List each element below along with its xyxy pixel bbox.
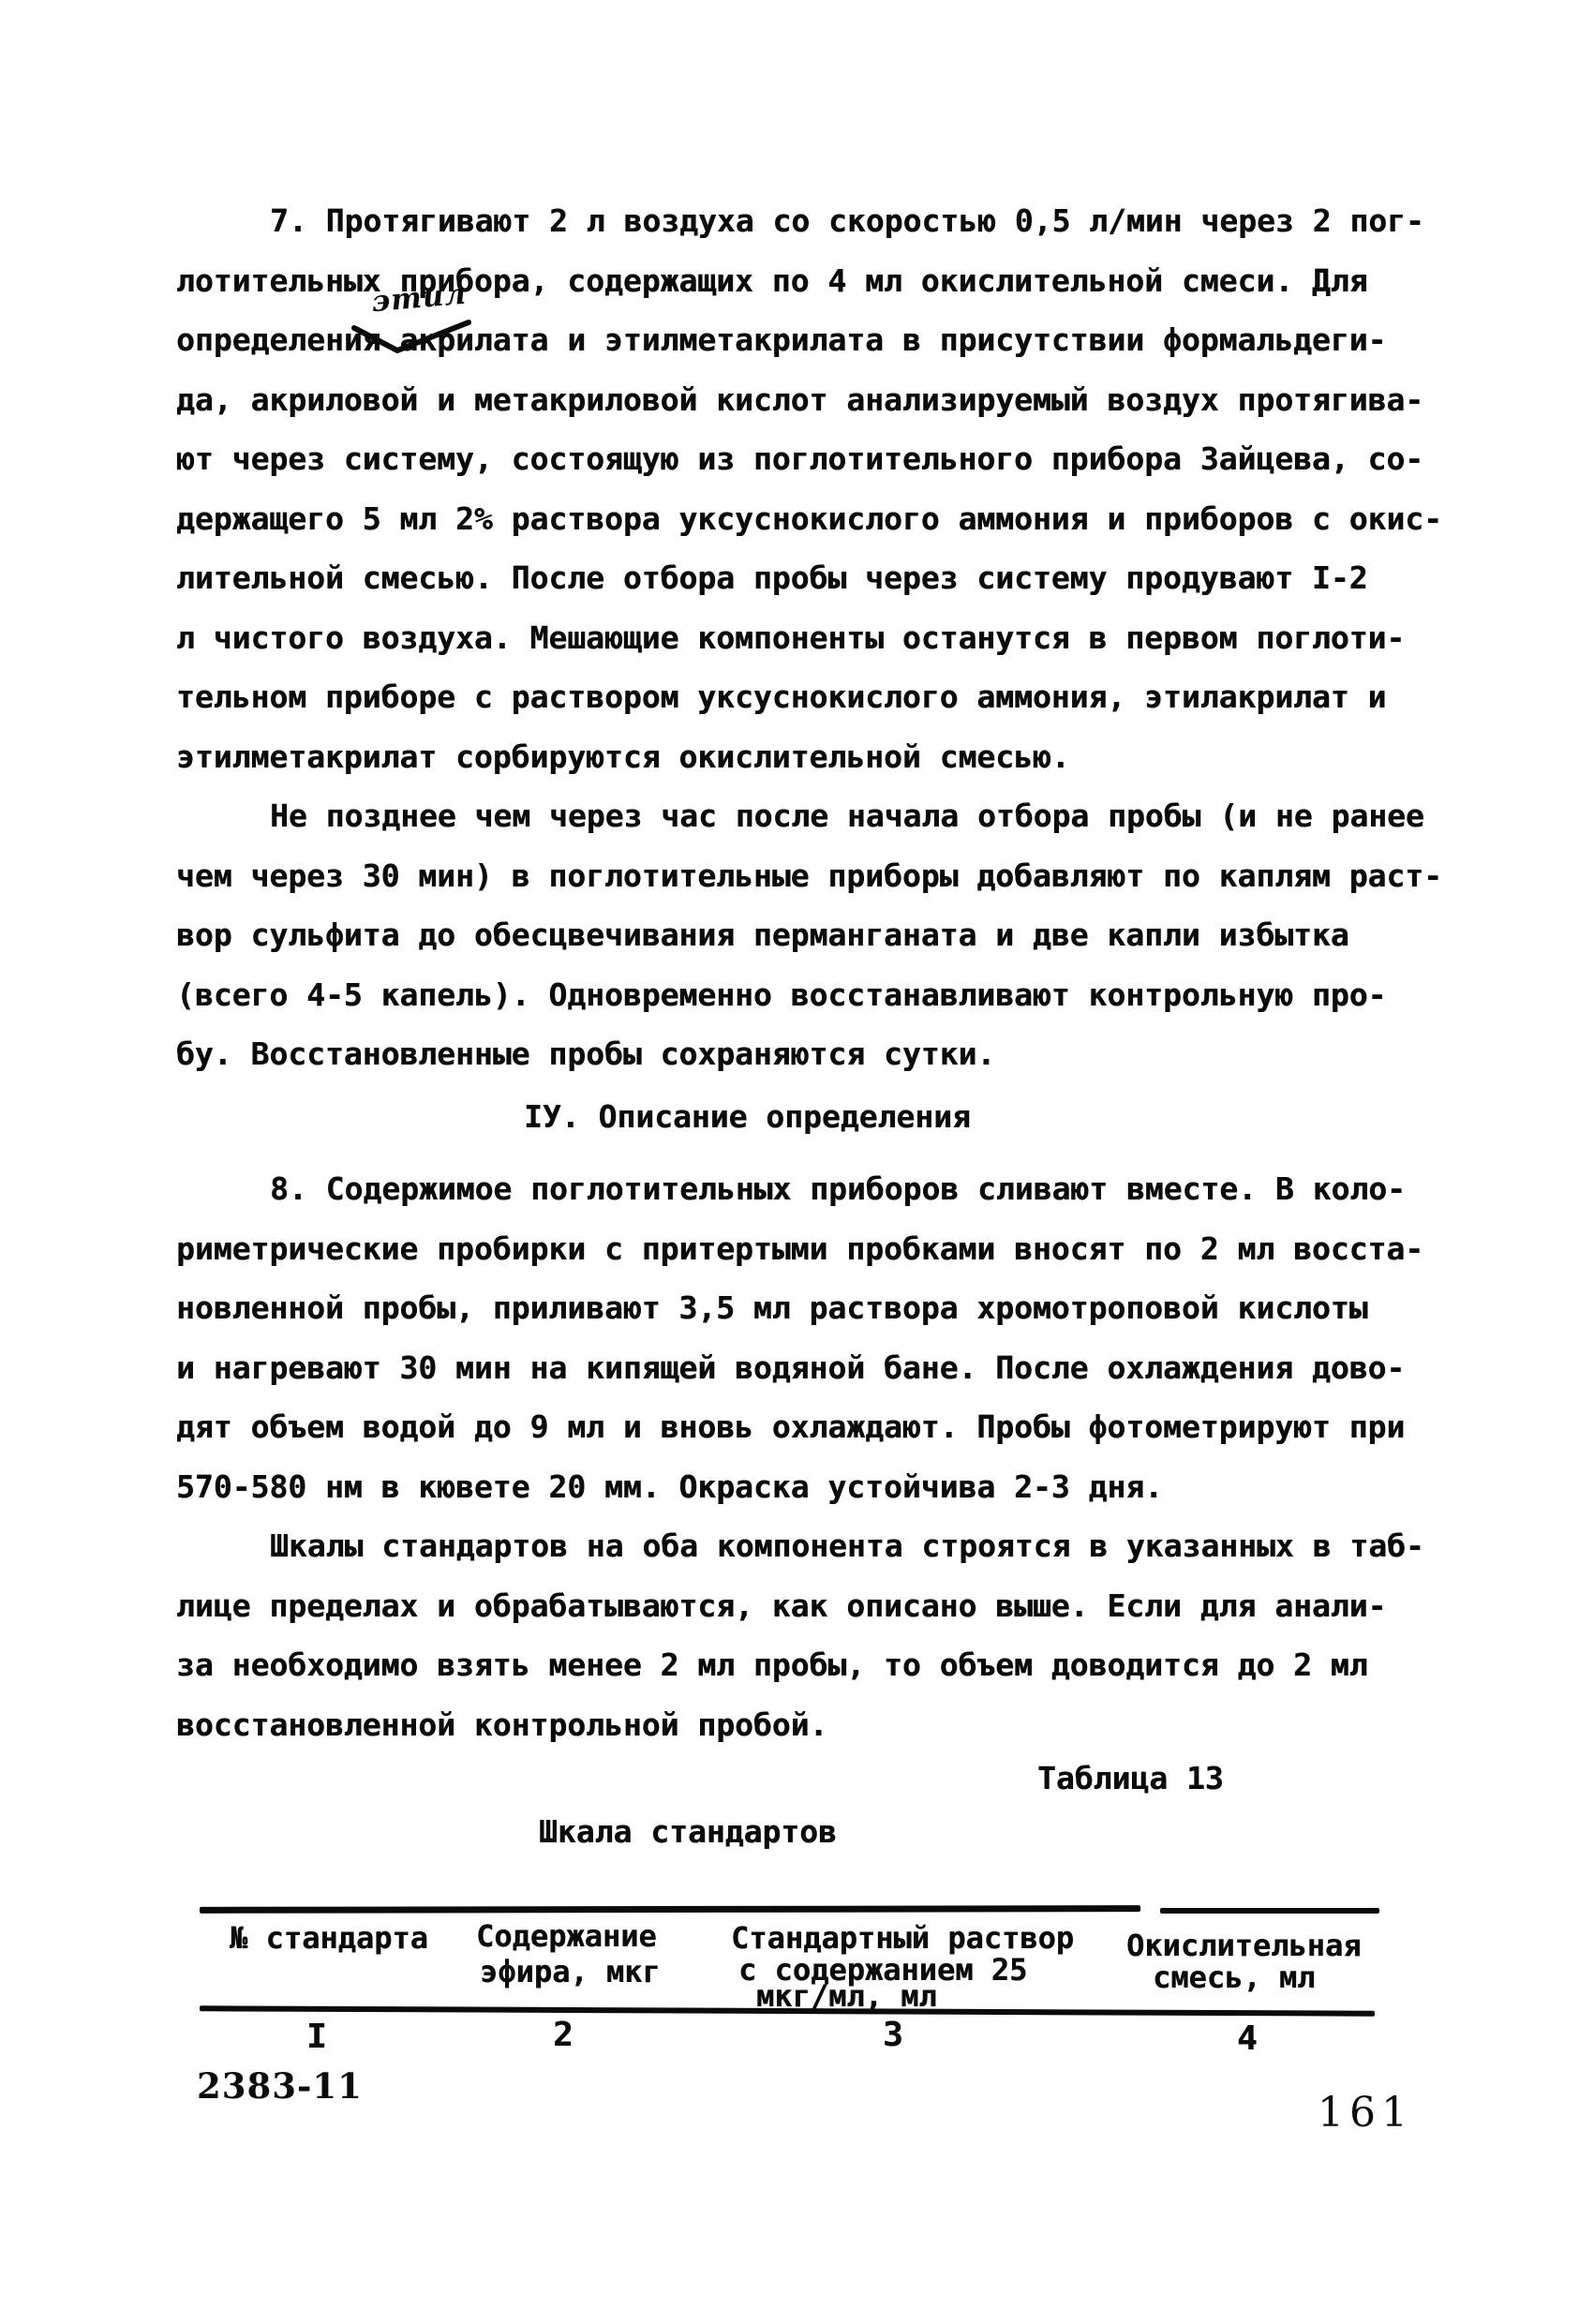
text-line: Шкалы стандартов на оба компонента строя… xyxy=(176,1516,1526,1576)
table-header-ester-content-line2: эфира, мкг xyxy=(480,1957,661,1987)
page-number: 161 xyxy=(1318,2093,1413,2134)
table-rule-top-right xyxy=(1160,1908,1379,1914)
text-line: чем через 30 мин) в поглотительные прибо… xyxy=(176,846,1526,906)
scanned-document-page: 7. Протягивают 2 л воздуха со скоростью … xyxy=(0,0,1594,2324)
text-line: вор сульфита до обесцвечивания перманган… xyxy=(176,905,1526,965)
table-title: Шкала стандартов xyxy=(539,1816,837,1847)
text-line: бу. Восстановленные пробы сохраняются су… xyxy=(176,1024,1526,1084)
text-line: да, акриловой и метакриловой кислот анал… xyxy=(176,370,1526,430)
text-line: держащего 5 мл 2% раствора уксуснокислог… xyxy=(176,489,1526,549)
text-line: лительной смесью. После отбора пробы чер… xyxy=(176,548,1526,608)
text-line: 570-580 нм в кювете 20 мм. Окраска устой… xyxy=(176,1457,1526,1517)
table-column-number-4: 4 xyxy=(1237,2022,1258,2056)
table-header-oxidizing-mixture-line2: смесь, мл xyxy=(1153,1962,1315,1992)
table-header-standard-number: № стандарта xyxy=(230,1923,428,1953)
table-header-standard-solution-line3: мкг/мл, мл xyxy=(756,1981,937,2011)
table-rule-top-left xyxy=(200,1905,1140,1914)
paragraph-2: 8. Содержимое поглотительных приборов сл… xyxy=(176,1159,1526,1754)
table-caption: Таблица 13 xyxy=(1037,1763,1224,1794)
text-line: Не позднее чем через час после начала от… xyxy=(176,786,1526,846)
table-header-oxidizing-mixture-line1: Окислительная xyxy=(1126,1930,1361,1960)
table-column-number-1: I xyxy=(306,2020,327,2054)
table-header-ester-content-line1: Содержание xyxy=(476,1921,657,1951)
section-heading: IУ. Описание определения xyxy=(524,1098,971,1136)
text-line: 8. Содержимое поглотительных приборов сл… xyxy=(176,1159,1526,1219)
text-line: риметрические пробирки с притертыми проб… xyxy=(176,1219,1526,1279)
text-line: 7. Протягивают 2 л воздуха со скоростью … xyxy=(176,191,1526,251)
text-line: за необходимо взять менее 2 мл пробы, то… xyxy=(176,1635,1526,1695)
text-line: лице пределах и обрабатываются, как опис… xyxy=(176,1576,1526,1636)
text-line: восстановленной контрольной пробой. xyxy=(176,1695,1526,1755)
text-line: ют через систему, состоящую из поглотите… xyxy=(176,429,1526,489)
text-line: тельном приборе с раствором уксуснокисло… xyxy=(176,667,1526,727)
table-column-number-3: 3 xyxy=(883,2019,903,2052)
document-code: 2383-11 xyxy=(197,2069,363,2104)
text-line: (всего 4-5 капель). Одновременно восстан… xyxy=(176,965,1526,1025)
table-column-number-2: 2 xyxy=(553,2019,574,2052)
table-header-standard-solution-line1: Стандартный раствор xyxy=(731,1923,1074,1953)
text-line: л чистого воздуха. Мешающие компоненты о… xyxy=(176,608,1526,668)
text-line: этилметакрилат сорбируются окислительной… xyxy=(176,727,1526,787)
text-line: дят объем водой до 9 мл и вновь охлаждаю… xyxy=(176,1397,1526,1457)
text-line: новленной пробы, приливают 3,5 мл раство… xyxy=(176,1278,1526,1338)
text-line: и нагревают 30 мин на кипящей водяной ба… xyxy=(176,1338,1526,1398)
insertion-caret-mark xyxy=(349,315,475,362)
